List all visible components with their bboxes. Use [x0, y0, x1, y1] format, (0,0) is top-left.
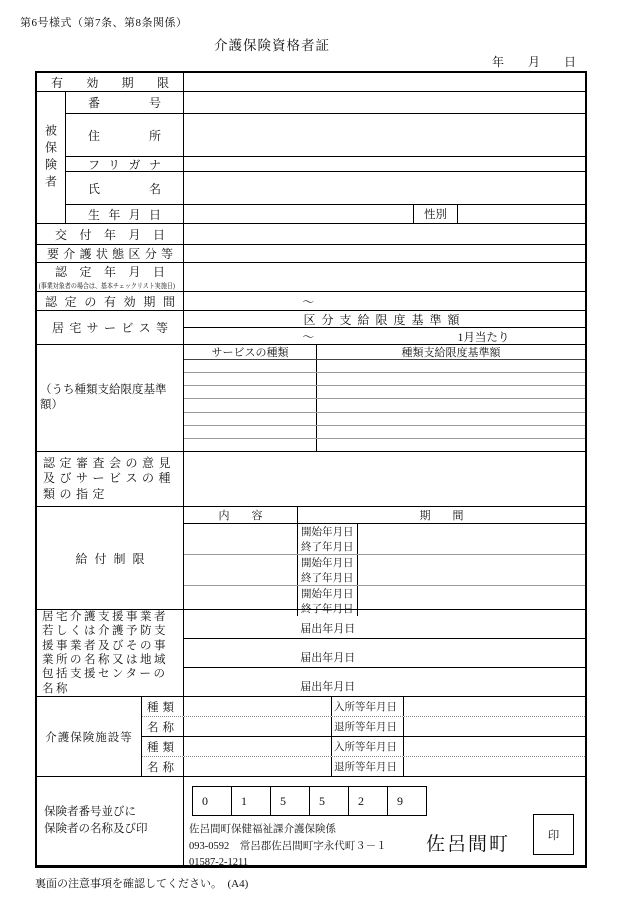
- insurer-office-phone: 01587-2-1211: [189, 855, 387, 872]
- number-label-cell: 番号: [66, 92, 184, 113]
- discharge-date-value-cell: [404, 717, 585, 736]
- valid-period-label: 有効期限: [37, 74, 183, 91]
- facility-name-value-cell: [184, 757, 332, 776]
- insured-person-section: 被保険者 番号 住所 フリガナ: [37, 92, 585, 224]
- period-col-header: 期 間: [298, 507, 585, 523]
- certification-date-note: (事業対象者の場合は、基本チェックリスト実施日): [37, 281, 163, 291]
- category-limit-header: 区分支給限度基準額: [184, 311, 585, 328]
- category-limit-value-row: 〜 1月当たり: [184, 328, 585, 345]
- facility-type-label-cell: 種類: [142, 697, 184, 716]
- facility-name-label: 名称: [147, 759, 178, 775]
- review-board-value-cell: [184, 452, 585, 506]
- certification-valid-term-label: 認定の有効期間: [37, 293, 183, 310]
- period-col-label: 期 間: [420, 507, 464, 523]
- facility-type-value-cell: [184, 737, 332, 756]
- birthdate-value-cell: [184, 205, 414, 223]
- number-row: 番号: [66, 92, 585, 114]
- furigana-value-cell: [184, 157, 585, 171]
- facility-label: 介護保険施設等: [45, 729, 133, 745]
- benefit-restriction-section: 給付制限 内 容 期 間 開始年月日: [37, 507, 585, 610]
- report-date-row: 届出年月日: [184, 668, 585, 696]
- gender-label: 性別: [424, 206, 447, 222]
- type-limit-empty-row: [184, 386, 585, 399]
- admission-date-label-cell: 入所等年月日: [332, 697, 404, 716]
- admission-date-value-cell: [404, 697, 585, 716]
- insurer-label-line1: 保険者番号並びに: [44, 804, 148, 821]
- care-support-label-cell: 居宅介護支援事業者若しくは介護予防支援事業者及びその事業所の名称又は地域包括支援…: [37, 610, 184, 696]
- address-value-cell: [184, 114, 585, 156]
- valid-period-row: 有効期限: [37, 73, 585, 92]
- number-label: 番号: [66, 94, 183, 111]
- content-col-header: 内 容: [184, 507, 298, 523]
- insurer-content-cell: 0 1 5 5 2 9 佐呂間町保健福祉課介護保険係 093-0592 常呂郡佐…: [184, 777, 585, 865]
- type-limit-empty-row: [184, 439, 585, 451]
- facility-name-label-cell: 名称: [142, 717, 184, 736]
- benefit-pair-2: 開始年月日 終了年月日: [184, 554, 585, 585]
- end-date-value-cell: [358, 539, 585, 554]
- end-date-label-cell: 終了年月日: [298, 570, 358, 585]
- type-limits-label-cell: （うち種類支給限度基準額）: [37, 345, 184, 451]
- issue-date-row: 交付年月日: [37, 224, 585, 245]
- name-label: 氏名: [66, 180, 183, 197]
- home-service-row: 居宅サービス等 区分支給限度基準額 〜 1月当たり: [37, 311, 585, 345]
- type-limit-empty-row: [184, 360, 585, 373]
- insurer-section: 保険者番号並びに 保険者の名称及び印 0 1 5 5 2 9 佐呂間町保健福祉課…: [37, 777, 585, 865]
- insurer-name: 佐呂間町: [426, 829, 510, 856]
- category-limit-label: 区分支給限度基準額: [303, 311, 465, 328]
- type-limit-empty-row: [184, 413, 585, 426]
- type-limit-empty-row: [184, 373, 585, 386]
- seal-label: 印: [548, 827, 560, 843]
- admission-date-label-cell: 入所等年月日: [332, 737, 404, 756]
- page-title: 介護保険資格者証: [214, 34, 330, 54]
- insurer-label-cell: 保険者番号並びに 保険者の名称及び印: [37, 777, 184, 865]
- start-date-label: 開始年月日: [301, 586, 354, 601]
- footer-note: 裏面の注意事項を確認してください。 (A4): [35, 875, 248, 891]
- number-value-cell: [184, 92, 585, 113]
- content-col-label: 内 容: [219, 507, 263, 523]
- birthdate-label-cell: 生年月日: [66, 205, 184, 223]
- gender-label-cell: 性別: [414, 205, 458, 223]
- care-support-section: 居宅介護支援事業者若しくは介護予防支援事業者及びその事業所の名称又は地域包括支援…: [37, 610, 585, 697]
- issue-date-label-cell: 交付年月日: [37, 224, 184, 244]
- benefit-restriction-label: 給付制限: [68, 550, 151, 567]
- care-level-label-cell: 要介護状態区分等: [37, 245, 184, 262]
- facility-name-value-cell: [184, 717, 332, 736]
- valid-period-label-cell: 有効期限: [37, 73, 184, 91]
- certification-date-label: 認定年月日: [37, 263, 183, 280]
- discharge-date-value-cell: [404, 757, 585, 776]
- certification-date-label-cell: 認定年月日 (事業対象者の場合は、基本チェックリスト実施日): [37, 263, 184, 291]
- start-date-value-cell: [358, 524, 585, 539]
- limit-amount-col-header: 種類支給限度基準額: [317, 345, 585, 359]
- form-number: 第6号様式（第7条、第8条関係）: [20, 14, 188, 30]
- insurer-office-address: 093-0592 常呂郡佐呂間町字永代町３－１: [189, 839, 387, 856]
- admission-date-value-cell: [404, 737, 585, 756]
- review-board-section: 認定審査会の意見及びサービスの種類の指定: [37, 452, 585, 507]
- type-limits-header-row: サービスの種類 種類支給限度基準額: [184, 345, 585, 360]
- name-value-cell: [184, 172, 585, 204]
- insurer-office-block: 佐呂間町保健福祉課介護保険係 093-0592 常呂郡佐呂間町字永代町３－１ 0…: [189, 822, 387, 872]
- benefit-content-cell: [184, 555, 298, 585]
- limit-amount-col-label: 種類支給限度基準額: [402, 344, 501, 360]
- type-limits-section: （うち種類支給限度基準額） サービスの種類 種類支給限度基準額: [37, 345, 585, 452]
- limit-tilde: 〜: [184, 328, 433, 345]
- address-label-cell: 住所: [66, 114, 184, 156]
- start-date-label: 開始年月日: [301, 524, 354, 539]
- admission-date-label: 入所等年月日: [334, 699, 397, 714]
- start-date-label: 開始年月日: [301, 555, 354, 570]
- facility-name-row: 名称 退所等年月日: [142, 757, 585, 776]
- name-row: 氏名: [66, 172, 585, 205]
- service-type-col-header: サービスの種類: [184, 345, 317, 359]
- type-limits-label: （うち種類支給限度基準額）: [37, 383, 178, 413]
- start-date-value-cell: [358, 555, 585, 570]
- discharge-date-label-cell: 退所等年月日: [332, 717, 404, 736]
- start-date-value-cell: [358, 586, 585, 601]
- end-date-label-cell: 終了年月日: [298, 539, 358, 554]
- report-date-label: 届出年月日: [300, 678, 355, 694]
- term-tilde: 〜: [184, 293, 433, 310]
- insurer-number-digit: 5: [309, 786, 349, 816]
- benefit-restriction-label-cell: 給付制限: [37, 507, 184, 609]
- start-date-label-cell: 開始年月日: [298, 524, 358, 539]
- facility-section: 介護保険施設等 種類 入所等年月日 名称 退所等年月日 種類: [37, 697, 585, 777]
- certification-date-value-cell: [184, 263, 585, 291]
- birthdate-label: 生年月日: [66, 206, 183, 223]
- discharge-date-label: 退所等年月日: [334, 719, 397, 734]
- insurer-number-digit: 5: [270, 786, 310, 816]
- facility-name-row: 名称 退所等年月日: [142, 717, 585, 737]
- benefit-header-row: 内 容 期 間: [184, 507, 585, 524]
- birthdate-row: 生年月日 性別: [66, 205, 585, 223]
- care-level-row: 要介護状態区分等: [37, 245, 585, 263]
- valid-period-value-cell: [184, 73, 585, 91]
- review-board-label-cell: 認定審査会の意見及びサービスの種類の指定: [37, 452, 184, 506]
- facility-name-label: 名称: [147, 719, 178, 735]
- facility-name-label-cell: 名称: [142, 757, 184, 776]
- care-support-label: 居宅介護支援事業者若しくは介護予防支援事業者及びその事業所の名称又は地域包括支援…: [37, 610, 172, 696]
- address-label: 住所: [66, 127, 183, 144]
- certificate-sheet: 第6号様式（第7条、第8条関係） 介護保険資格者証 年 月 日 有効期限 被保険…: [0, 0, 630, 903]
- insurer-label-line2: 保険者の名称及び印: [44, 821, 148, 838]
- issue-date-value-cell: [184, 224, 585, 244]
- furigana-row: フリガナ: [66, 157, 585, 172]
- report-date-row: 届出年月日: [184, 610, 585, 639]
- certification-valid-term-label-cell: 認定の有効期間: [37, 292, 184, 310]
- insurer-number-digit: 0: [192, 786, 232, 816]
- care-level-value-cell: [184, 245, 585, 262]
- seal-placeholder-box: 印: [533, 814, 574, 855]
- insurer-number-boxes: 0 1 5 5 2 9: [192, 786, 427, 816]
- benefit-pair-1: 開始年月日 終了年月日: [184, 524, 585, 554]
- insurer-number-digit: 1: [231, 786, 271, 816]
- facility-type-row: 種類 入所等年月日: [142, 737, 585, 757]
- gender-value-cell: [458, 205, 585, 223]
- facility-type-label: 種類: [147, 699, 178, 715]
- certificate-table: 有効期限 被保険者 番号 住所: [35, 71, 587, 868]
- address-row: 住所: [66, 114, 585, 157]
- facility-type-row: 種類 入所等年月日: [142, 697, 585, 717]
- insurer-number-digit: 2: [348, 786, 388, 816]
- care-level-label: 要介護状態区分等: [37, 245, 183, 262]
- certification-date-row: 認定年月日 (事業対象者の場合は、基本チェックリスト実施日): [37, 263, 585, 292]
- certification-valid-term-row: 認定の有効期間 〜: [37, 292, 585, 311]
- end-date-label: 終了年月日: [301, 570, 354, 585]
- per-month-label: 1月当たり: [433, 329, 585, 345]
- certification-valid-term-value-cell: 〜: [184, 292, 585, 310]
- admission-date-label: 入所等年月日: [334, 739, 397, 754]
- report-date-label: 届出年月日: [300, 649, 355, 665]
- insurer-office-name: 佐呂間町保健福祉課介護保険係: [189, 822, 387, 839]
- benefit-content-cell: [184, 524, 298, 554]
- insurer-number-digit: 9: [387, 786, 427, 816]
- discharge-date-label: 退所等年月日: [334, 759, 397, 774]
- type-limit-empty-row: [184, 399, 585, 412]
- report-date-row: 届出年月日: [184, 639, 585, 668]
- end-date-label: 終了年月日: [301, 539, 354, 554]
- issue-date-placeholder: 年 月 日: [492, 53, 576, 70]
- discharge-date-label-cell: 退所等年月日: [332, 757, 404, 776]
- facility-type-value-cell: [184, 697, 332, 716]
- issue-date-label: 交付年月日: [37, 226, 183, 243]
- service-type-col-label: サービスの種類: [212, 344, 289, 360]
- start-date-label-cell: 開始年月日: [298, 586, 358, 601]
- furigana-label: フリガナ: [66, 156, 183, 173]
- review-board-label: 認定審査会の意見及びサービスの種類の指定: [37, 456, 177, 503]
- insured-person-vertical-label: 被保険者: [37, 92, 66, 223]
- facility-type-label: 種類: [147, 739, 178, 755]
- facility-label-cell: 介護保険施設等: [37, 697, 142, 776]
- report-date-label: 届出年月日: [300, 620, 355, 636]
- end-date-value-cell: [358, 570, 585, 585]
- home-service-label-cell: 居宅サービス等: [37, 311, 184, 344]
- type-limit-empty-row: [184, 426, 585, 439]
- start-date-label-cell: 開始年月日: [298, 555, 358, 570]
- furigana-label-cell: フリガナ: [66, 157, 184, 171]
- home-service-label: 居宅サービス等: [37, 319, 183, 336]
- facility-type-label-cell: 種類: [142, 737, 184, 756]
- name-label-cell: 氏名: [66, 172, 184, 204]
